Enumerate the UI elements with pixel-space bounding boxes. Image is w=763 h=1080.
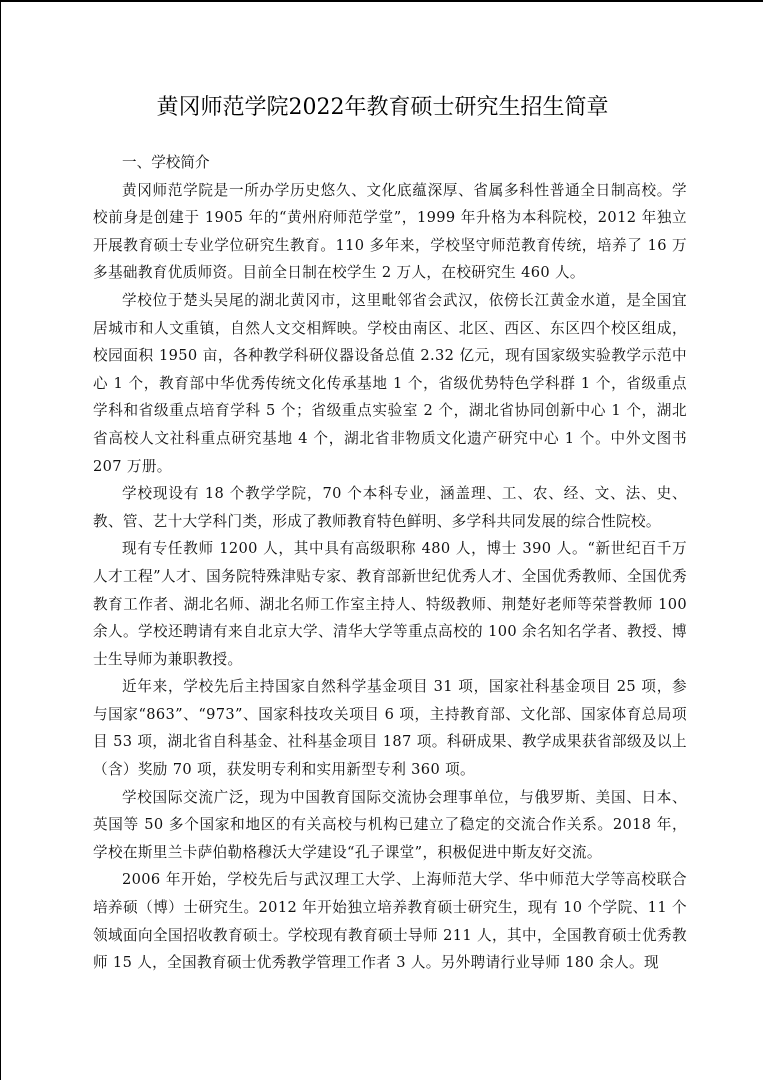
paragraph-international: 学校国际交流广泛，现为中国教育国际交流协会理事单位，与俄罗斯、美国、日本、英国等… xyxy=(93,784,687,867)
document-page: 黄冈师范学院2022年教育硕士研究生招生简章 一、学校简介 黄冈师范学院是一所办… xyxy=(0,0,763,1080)
document-title: 黄冈师范学院2022年教育硕士研究生招生简章 xyxy=(1,93,763,123)
paragraph-location-campus: 学校位于楚头吴尾的湖北黄冈市，这里毗邻省会武汉，依傍长江黄金水道，是全国宜居城市… xyxy=(93,287,687,480)
paragraph-faculty: 现有专任教师 1200 人，其中具有高级职称 480 人，博士 390 人。“新… xyxy=(93,535,687,673)
paragraph-overview: 黄冈师范学院是一所办学历史悠久、文化底蕴深厚、省属多科性普通全日制高校。学校前身… xyxy=(93,177,687,287)
section-heading-school-intro: 一、学校简介 xyxy=(93,149,687,177)
paragraph-research: 近年来，学校先后主持国家自然科学基金项目 31 项，国家社科基金项目 25 项，… xyxy=(93,673,687,783)
paragraph-graduate-education: 2006 年开始，学校先后与武汉理工大学、上海师范大学、华中师范大学等高校联合培… xyxy=(93,866,687,976)
paragraph-colleges-majors: 学校现设有 18 个教学学院，70 个本科专业，涵盖理、工、农、经、文、法、史、… xyxy=(93,480,687,535)
document-body: 一、学校简介 黄冈师范学院是一所办学历史悠久、文化底蕴深厚、省属多科性普通全日制… xyxy=(93,149,687,977)
